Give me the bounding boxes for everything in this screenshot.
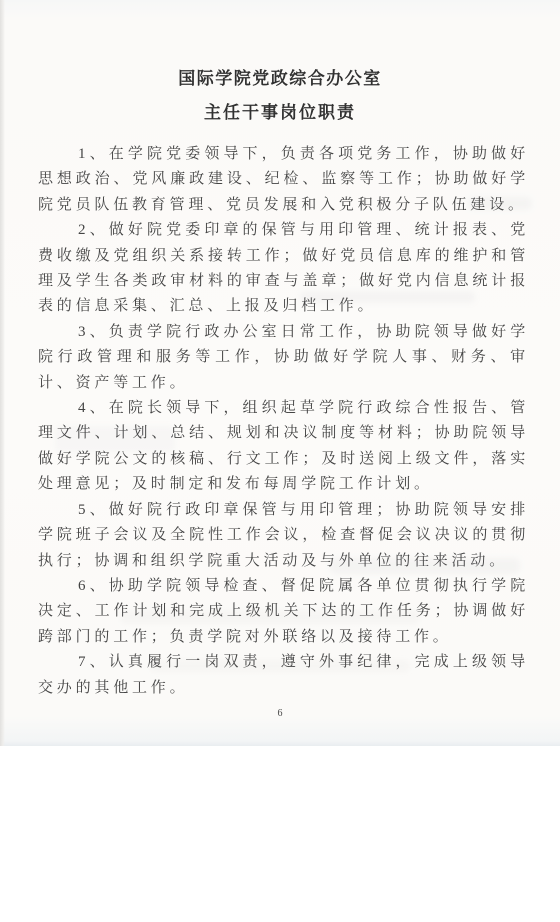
document-subtitle: 主任干事岗位职责 <box>0 101 560 125</box>
document-body: 1、在学院党委领导下，负责各项党务工作，协助做好思想政治、党风廉政建设、纪检、监… <box>38 142 529 701</box>
document-title: 国际学院党政综合办公室 <box>0 0 560 91</box>
paragraph-6: 6、协助学院领导检查、督促院属各单位贯彻执行学院决定、工作计划和完成上级机关下达… <box>38 574 529 650</box>
document-page: 国际学院党政综合办公室 主任干事岗位职责 1、在学院党委领导下，负责各项党务工作… <box>0 0 560 746</box>
paragraph-1: 1、在学院党委领导下，负责各项党务工作，协助做好思想政治、党风廉政建设、纪检、监… <box>38 142 529 218</box>
paragraph-4: 4、在院长领导下，组织起草学院行政综合性报告、管理文件、计划、总结、规划和决议制… <box>38 396 529 498</box>
paragraph-7: 7、认真履行一岗双责，遵守外事纪律，完成上级领导交办的其他工作。 <box>38 650 529 701</box>
paragraph-5: 5、做好院行政印章保管与用印管理；协助院领导安排学院班子会议及全院性工作会议，检… <box>38 498 529 574</box>
page-number: 6 <box>0 708 560 719</box>
scanned-document-viewport: 国际学院党政综合办公室 主任干事岗位职责 1、在学院党委领导下，负责各项党务工作… <box>0 0 560 922</box>
paragraph-3: 3、负责学院行政办公室日常工作，协助院领导做好学院行政管理和服务等工作，协助做好… <box>38 320 529 396</box>
paragraph-2: 2、做好院党委印章的保管与用印管理、统计报表、党费收缴及党组织关系接转工作；做好… <box>38 218 529 320</box>
